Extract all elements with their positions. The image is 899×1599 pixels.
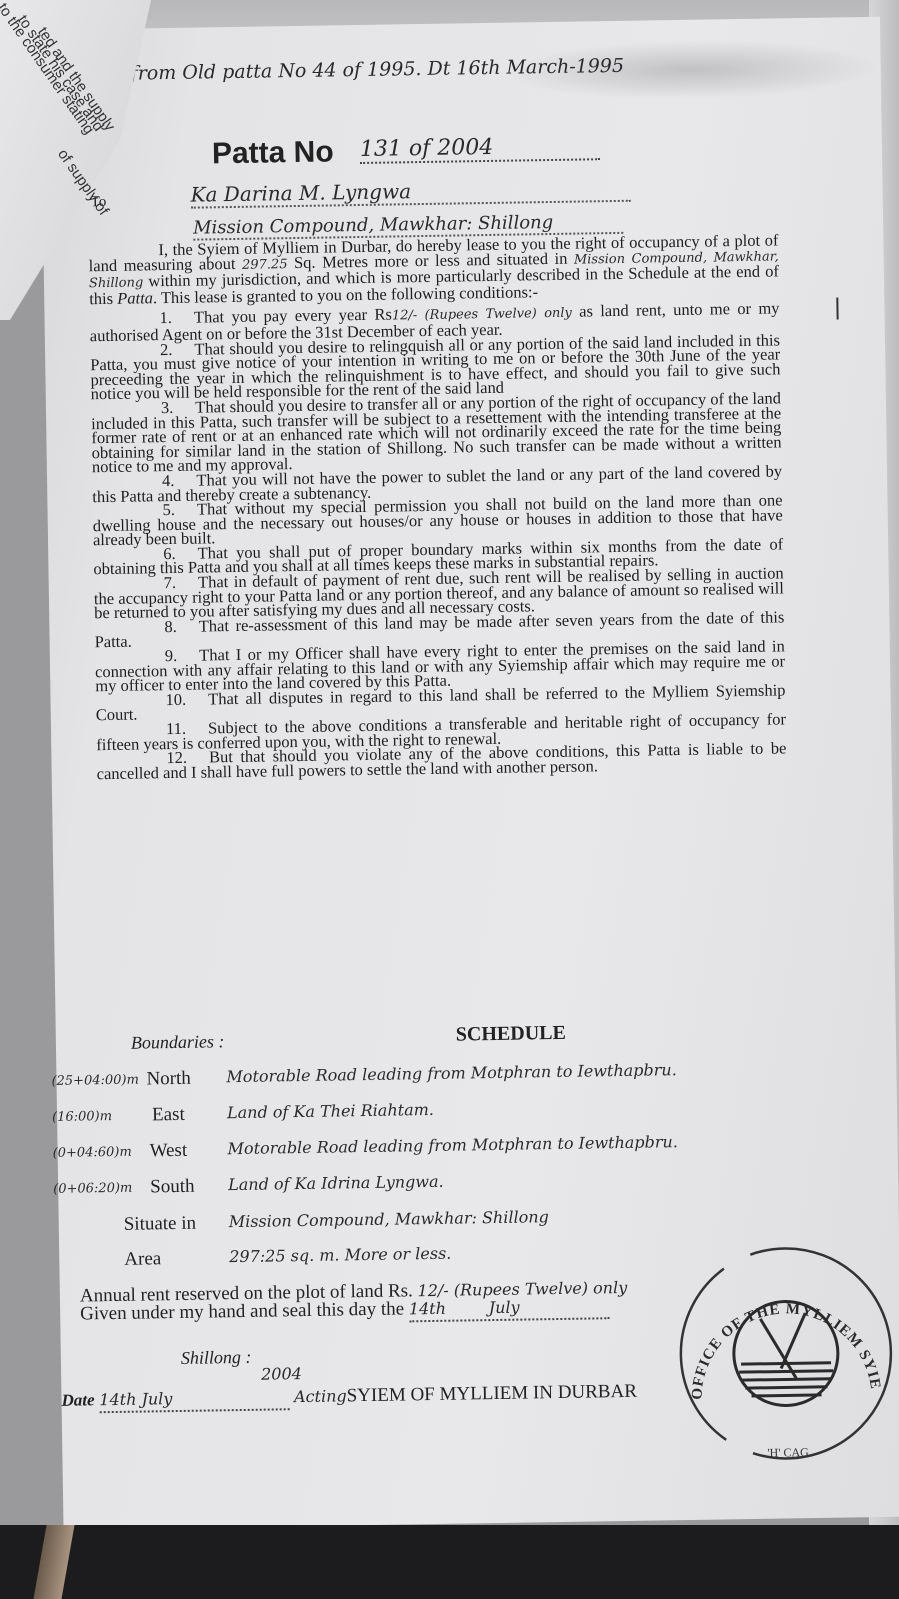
given-day: 14th bbox=[409, 1299, 446, 1319]
boundary-direction: North bbox=[146, 1068, 191, 1091]
signatory: SYIEM OF MYLLIEM IN DURBAR bbox=[346, 1381, 637, 1407]
condition-number: 10. bbox=[165, 690, 186, 709]
situate-value: Mission Compound, Mawkhar: Shillong bbox=[229, 1207, 549, 1231]
boundary-row: (25+04:00)mNorthMotorable Road leading f… bbox=[56, 1057, 876, 1100]
boundary-measure: (25+04:00)m bbox=[51, 1073, 139, 1089]
condition-number: 8. bbox=[164, 617, 177, 636]
boundary-description: Land of Ka Idrina Lyngwa. bbox=[228, 1172, 444, 1194]
margin-mark bbox=[836, 297, 838, 319]
official-seal-stamp: OFFICE OF THE MYLLIEM SYIEMSHIP 'H' CAG bbox=[669, 1237, 899, 1471]
given-month: July bbox=[489, 1298, 520, 1317]
boundary-measure: (0+04:60)m bbox=[53, 1145, 132, 1161]
svg-text:OFFICE OF THE MYLLIEM SYIEMSHI: OFFICE OF THE MYLLIEM SYIEMSHIP bbox=[669, 1237, 883, 1401]
boundary-measure: (16:00)m bbox=[52, 1109, 112, 1125]
date-row: Date 14th July ActingSYIEM OF MYLLIEM IN… bbox=[61, 1381, 637, 1414]
area-label: Area bbox=[124, 1248, 161, 1271]
boundary-measure: (0+06:20)m bbox=[53, 1181, 132, 1197]
patta-document: from Old patta No 44 of 1995. Dt 16th Ma… bbox=[40, 17, 899, 1530]
boundary-description: Motorable Road leading from Motphran to … bbox=[227, 1132, 678, 1158]
table-edge bbox=[33, 1525, 74, 1599]
situate-label: Situate in bbox=[124, 1213, 197, 1236]
given-date-field: 14th July bbox=[409, 1295, 609, 1322]
place-label: Shillong : bbox=[181, 1347, 252, 1369]
date-year: 2004 bbox=[261, 1364, 302, 1384]
schedule-title: SCHEDULE bbox=[456, 1022, 566, 1047]
boundary-direction: East bbox=[152, 1104, 185, 1127]
boundary-row: (0+06:20)mSouthLand of Ka Idrina Lyngwa. bbox=[58, 1165, 878, 1208]
acting-handwritten: Acting bbox=[294, 1386, 347, 1406]
boundary-row: (16:00)mEastLand of Ka Thei Riahtam. bbox=[57, 1093, 877, 1136]
date-label: Date bbox=[61, 1390, 94, 1410]
seal-text: OFFICE OF THE MYLLIEM SYIEMSHIP bbox=[669, 1237, 883, 1401]
boundary-description: Land of Ka Thei Riahtam. bbox=[227, 1100, 434, 1122]
seal-bottom-text: 'H' CAG bbox=[767, 1445, 809, 1460]
lease-body: I, the Syiem of Mylliem in Durbar, do he… bbox=[88, 233, 786, 781]
boundary-direction: South bbox=[150, 1176, 195, 1199]
patta-title: Patta No bbox=[212, 135, 334, 171]
date-field: 14th July bbox=[99, 1386, 289, 1413]
boundary-direction: West bbox=[149, 1140, 187, 1163]
patta-word: Patta bbox=[117, 288, 153, 308]
background-bottom bbox=[0, 1525, 899, 1599]
given-label: Given under my hand and seal this day th… bbox=[80, 1298, 404, 1324]
date-value: 14th July bbox=[99, 1389, 172, 1409]
boundary-row: (0+04:60)mWestMotorable Road leading fro… bbox=[57, 1129, 877, 1172]
patta-number: 131 of 2004 bbox=[360, 133, 600, 164]
schedule-section: Boundaries : SCHEDULE (25+04:00)mNorthMo… bbox=[56, 1017, 876, 1030]
recipient-name: Ka Darina M. Lyngwa bbox=[190, 176, 630, 209]
conditions-list: 1.That you pay every year Rs12/- (Rupees… bbox=[89, 302, 786, 782]
preamble: I, the Syiem of Mylliem in Durbar, do he… bbox=[88, 233, 779, 306]
area-value: 297:25 sq. m. More or less. bbox=[229, 1244, 451, 1266]
boundary-description: Motorable Road leading from Motphran to … bbox=[226, 1060, 677, 1086]
boundaries-label: Boundaries : bbox=[131, 1031, 225, 1053]
